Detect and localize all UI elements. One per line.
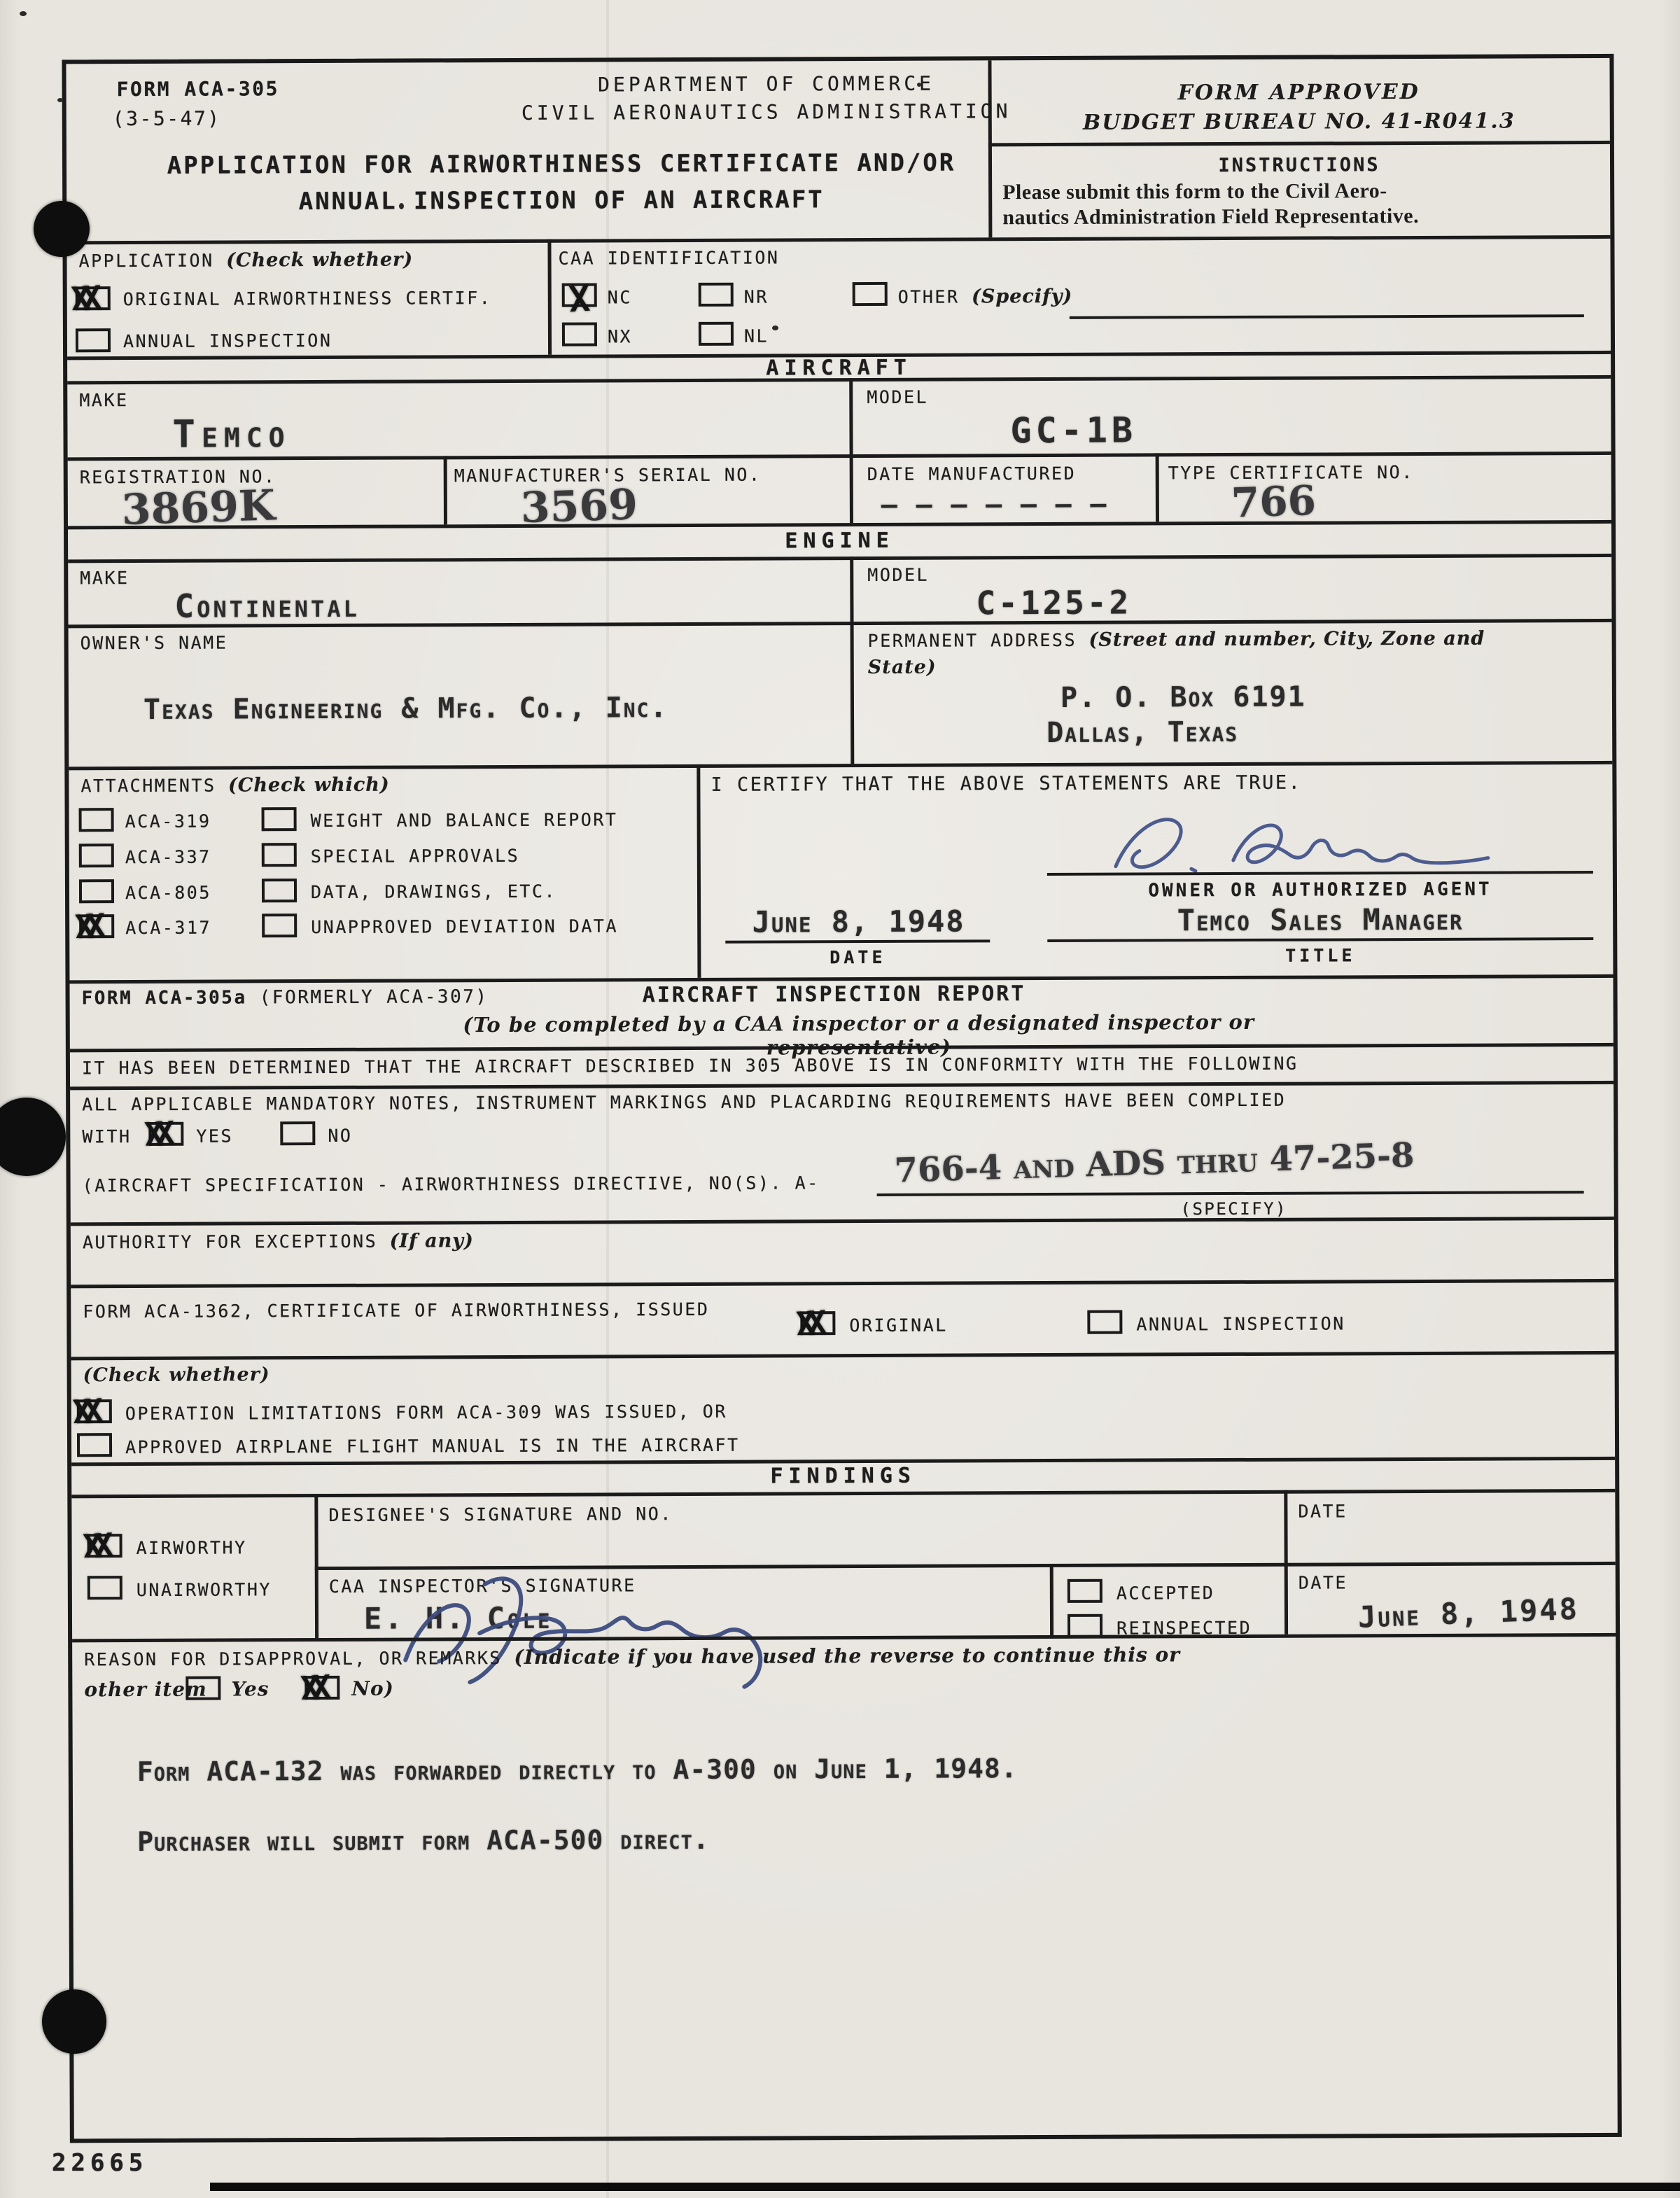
check-mark: XX [300, 1668, 323, 1707]
mandatory-notes-line: ALL APPLICABLE MANDATORY NOTES, INSTRUME… [82, 1090, 1286, 1115]
punch-hole [42, 1989, 106, 2054]
data-drawings-checkbox[interactable] [262, 878, 297, 902]
address-hint-line1: (Street and number, City, Zone and [1089, 628, 1485, 651]
form-revision-date: (3-5-47) [113, 107, 221, 131]
engine-make-label: MAKE [80, 568, 129, 588]
certify-title-line[interactable] [1047, 937, 1593, 942]
flight-manual-checkbox[interactable] [77, 1433, 112, 1457]
check-mark: XX [74, 906, 98, 946]
aircraft-model-label: MODEL [867, 387, 928, 407]
inspector-date-value: June 8, 1948 [1357, 1592, 1580, 1634]
weight-balance-label: WEIGHT AND BALANCE REPORT [311, 809, 618, 831]
row-divider [69, 761, 1612, 770]
nl-label: NL [744, 326, 769, 346]
certify-title-value: Temco Sales Manager [1047, 902, 1593, 938]
serial-stamp: 22665 [52, 2149, 148, 2177]
scanned-form-page: { "meta": { "serial_stamp": "22665", "ch… [0, 0, 1680, 2198]
aca-337-label: ACA-337 [125, 847, 211, 867]
instructions-title: INSTRUCTIONS [988, 153, 1610, 177]
original-airworthiness-checkbox[interactable]: XX [76, 286, 111, 310]
attachments-label: ATTACHMENTS (Check which) [80, 774, 389, 797]
owner-signature-ink [1096, 798, 1502, 890]
punch-hole [0, 1098, 66, 1176]
certify-title-label: TITLE [1047, 944, 1593, 967]
unairworthy-label: UNAIRWORTHY [136, 1579, 272, 1600]
original-airworthiness-label: ORIGINAL AIRWORTHINESS CERTIF. [123, 288, 492, 309]
aca-317-label: ACA-317 [125, 918, 211, 938]
authority-hint: (If any) [390, 1230, 474, 1252]
engine-make-value: Continental [174, 587, 360, 625]
address-line1-value: P. O. Box 6191 [1060, 681, 1306, 714]
engine-model-label: MODEL [867, 565, 929, 585]
other-specify-line[interactable] [1070, 314, 1584, 319]
scan-speck [917, 83, 921, 87]
nc-checkbox[interactable]: X [562, 283, 597, 307]
certify-date-line[interactable] [725, 939, 990, 943]
report-title: AIRCRAFT INSPECTION REPORT [554, 981, 1114, 1008]
scan-speck [772, 325, 778, 330]
aca-337-checkbox[interactable] [79, 843, 114, 867]
annual-inspection-label: ANNUAL INSPECTION [123, 330, 332, 351]
other-checkbox[interactable] [853, 282, 888, 306]
certify-date-value: June 8, 1948 [727, 904, 990, 939]
nc-label: NC [608, 287, 632, 307]
agency-name-line1: DEPARTMENT OF COMMERCE [486, 71, 1046, 97]
aircraft-model-value: GC-1B [1010, 410, 1137, 451]
check-whether-label: (Check whether) [83, 1364, 270, 1386]
address-hint-line2: State) [868, 657, 937, 678]
row-divider [72, 1633, 1616, 1642]
remarks-note-2: Purchaser will submit form ACA-500 direc… [137, 1824, 710, 1857]
agency-name-line2: CIVIL AERONAUTICS ADMINISTRATION [486, 99, 1046, 125]
unapproved-deviation-label: UNAPPROVED DEVIATION DATA [311, 916, 618, 937]
form-border: FORM ACA-305 (3-5-47) DEPARTMENT OF COMM… [62, 54, 1621, 2143]
report-form-number: FORM ACA-305a (FORMERLY ACA-307) [82, 986, 489, 1009]
inspector-date-label: DATE [1298, 1572, 1347, 1592]
row-divider [71, 1279, 1614, 1288]
issued-annual-label: ANNUAL INSPECTION [1136, 1313, 1345, 1334]
remarks-label-line1: REASON FOR DISAPPROVAL, OR REMARKS (Indi… [84, 1643, 1180, 1670]
authority-exceptions-label: AUTHORITY FOR EXCEPTIONS (If any) [83, 1230, 474, 1253]
application-label: APPLICATION (Check whether) [78, 248, 413, 272]
certify-date-label: DATE [725, 946, 990, 967]
aca-805-checkbox[interactable] [79, 879, 114, 903]
remarks-no-label: No) [351, 1677, 394, 1700]
scan-speck [399, 203, 404, 209]
determination-statement: IT HAS BEEN DETERMINED THAT THE AIRCRAFT… [82, 1053, 1298, 1079]
form-number: FORM ACA-305 [117, 77, 279, 101]
unairworthy-checkbox[interactable] [87, 1576, 122, 1599]
owner-agent-label: OWNER OR AUTHORIZED AGENT [1047, 878, 1593, 902]
date-manufactured-value: — — — — — — — [881, 489, 1108, 520]
accepted-label: ACCEPTED [1116, 1583, 1215, 1604]
attachments-hint: (Check which) [228, 774, 390, 797]
complied-yes-label: YES [196, 1126, 233, 1146]
instructions-line2: nautics Administration Field Representat… [1002, 204, 1419, 230]
row-divider [68, 451, 1611, 461]
spec-directive-label: (AIRCRAFT SPECIFICATION - AIRWORTHINESS … [83, 1172, 820, 1196]
row-divider [71, 1217, 1614, 1226]
attachments-divider [696, 764, 701, 978]
nx-label: NX [608, 326, 632, 346]
other-label: OTHER (Specify) [898, 286, 1073, 308]
issued-original-checkbox[interactable]: XX [800, 1311, 835, 1335]
remarks-note-1: Form ACA-132 was forwarded directly to A… [137, 1753, 1018, 1787]
airworthy-checkbox[interactable]: XX [87, 1534, 122, 1557]
accepted-checkbox[interactable] [1067, 1579, 1102, 1603]
flight-manual-label: APPROVED AIRPLANE FLIGHT MANUAL IS IN TH… [125, 1435, 740, 1457]
date-manufactured-label: DATE MANUFACTURED [867, 463, 1076, 484]
form-approved-line2: BUDGET BUREAU NO. 41-R041.3 [988, 108, 1610, 135]
designee-signature-label: DESIGNEE'S SIGNATURE AND NO. [328, 1504, 673, 1525]
aca-319-checkbox[interactable] [79, 808, 114, 832]
spec-directive-line[interactable] [877, 1191, 1584, 1196]
findings-date-divider [1284, 1490, 1288, 1634]
instructions-line1: Please submit this form to the Civil Aer… [1002, 179, 1387, 204]
aircraft-make-label: MAKE [79, 390, 128, 410]
operation-limitations-checkbox[interactable]: XX [77, 1399, 112, 1423]
report-formerly: (FORMERLY ACA-307) [260, 986, 489, 1008]
caa-identification-label: CAA IDENTIFICATION [558, 247, 779, 268]
data-drawings-label: DATA, DRAWINGS, ETC. [311, 881, 556, 902]
remarks-no-checkbox[interactable]: XX [304, 1676, 339, 1700]
form-approved-line1: FORM APPROVED [988, 79, 1610, 106]
make-model-divider [849, 378, 853, 523]
check-mark: XX [143, 1114, 167, 1154]
aca-319-label: ACA-319 [125, 811, 211, 832]
complied-no-label: NO [328, 1126, 352, 1146]
punch-hole [34, 201, 90, 257]
scan-speck [57, 98, 63, 102]
engine-model-value: C-125-2 [976, 584, 1131, 622]
nr-label: NR [744, 287, 769, 307]
airworthy-label: AIRWORTHY [136, 1537, 247, 1558]
check-mark: XX [795, 1304, 819, 1343]
weight-balance-checkbox[interactable] [262, 807, 297, 831]
engine-divider [850, 556, 854, 764]
designee-date-label: DATE [1298, 1501, 1347, 1521]
mandatory-with-label: WITH [82, 1126, 131, 1147]
registration-divider [444, 456, 447, 524]
application-divider [547, 239, 552, 355]
row-divider [66, 235, 1610, 244]
other-hint: (Specify) [972, 286, 1072, 308]
engine-section-header: ENGINE [68, 526, 1611, 556]
complied-yes-checkbox[interactable]: XX [148, 1122, 183, 1146]
owner-name-label: OWNER'S NAME [80, 633, 228, 654]
remarks-yes-checkbox[interactable] [185, 1676, 220, 1700]
spec-directive-value: 766-4 and ADS thru 47-25-8 [894, 1135, 1415, 1190]
aca-805-label: ACA-805 [125, 883, 211, 903]
special-approvals-label: SPECIAL APPROVALS [311, 846, 519, 867]
cert-issued-label: FORM ACA-1362, CERTIFICATE OF AIRWORTHIN… [83, 1299, 709, 1322]
complied-no-checkbox[interactable] [280, 1121, 315, 1145]
issued-annual-checkbox[interactable] [1087, 1310, 1122, 1334]
row-divider [71, 1351, 1615, 1360]
caa-inspector-signature-ink [380, 1556, 801, 1704]
type-certificate-value: 766 [1231, 477, 1317, 527]
findings-section-header: FINDINGS [71, 1461, 1615, 1491]
permanent-address-label: PERMANENT ADDRESS (Street and number, Ci… [868, 628, 1485, 652]
application-hint: (Check whether) [226, 248, 413, 271]
form-title-line2: ANNUAL INSPECTION OF AN AIRCRAFT [141, 185, 981, 216]
issued-original-label: ORIGINAL [849, 1315, 948, 1336]
aca-317-checkbox[interactable]: XX [79, 914, 114, 938]
findings-accepted-divider [1050, 1564, 1053, 1635]
row-divider [70, 1081, 1613, 1090]
owner-name-value: Texas Engineering & Mfg. Co., Inc. [143, 692, 668, 726]
certify-statement: I CERTIFY THAT THE ABOVE STATEMENTS ARE … [710, 772, 1301, 796]
scan-speck [20, 11, 27, 16]
nr-checkbox[interactable] [699, 283, 734, 307]
check-mark: X [568, 279, 591, 321]
check-mark: XX [70, 279, 94, 318]
unapproved-deviation-checkbox[interactable] [262, 913, 297, 937]
annual-inspection-checkbox[interactable] [76, 328, 111, 352]
nx-checkbox[interactable] [562, 322, 597, 346]
remarks-yes-label: Yes [231, 1677, 269, 1700]
operation-limitations-label: OPERATION LIMITATIONS FORM ACA-309 WAS I… [125, 1401, 727, 1424]
approved-box-divider [988, 141, 1610, 146]
nl-checkbox[interactable] [699, 322, 734, 346]
address-line2-value: Dallas, Texas [1046, 716, 1238, 749]
special-approvals-checkbox[interactable] [262, 843, 297, 867]
check-mark: XX [71, 1392, 95, 1431]
aircraft-make-value: Temco [172, 412, 290, 456]
specify-label: (SPECIFY) [1087, 1198, 1381, 1219]
remarks-label-italic: (Indicate if you have used the reverse t… [514, 1643, 1180, 1669]
scan-edge-artifact [210, 2183, 1680, 2191]
form-title-line1: APPLICATION FOR AIRWORTHINESS CERTIFICAT… [141, 148, 981, 180]
check-mark: XX [82, 1526, 106, 1565]
type-cert-divider [1156, 453, 1159, 521]
